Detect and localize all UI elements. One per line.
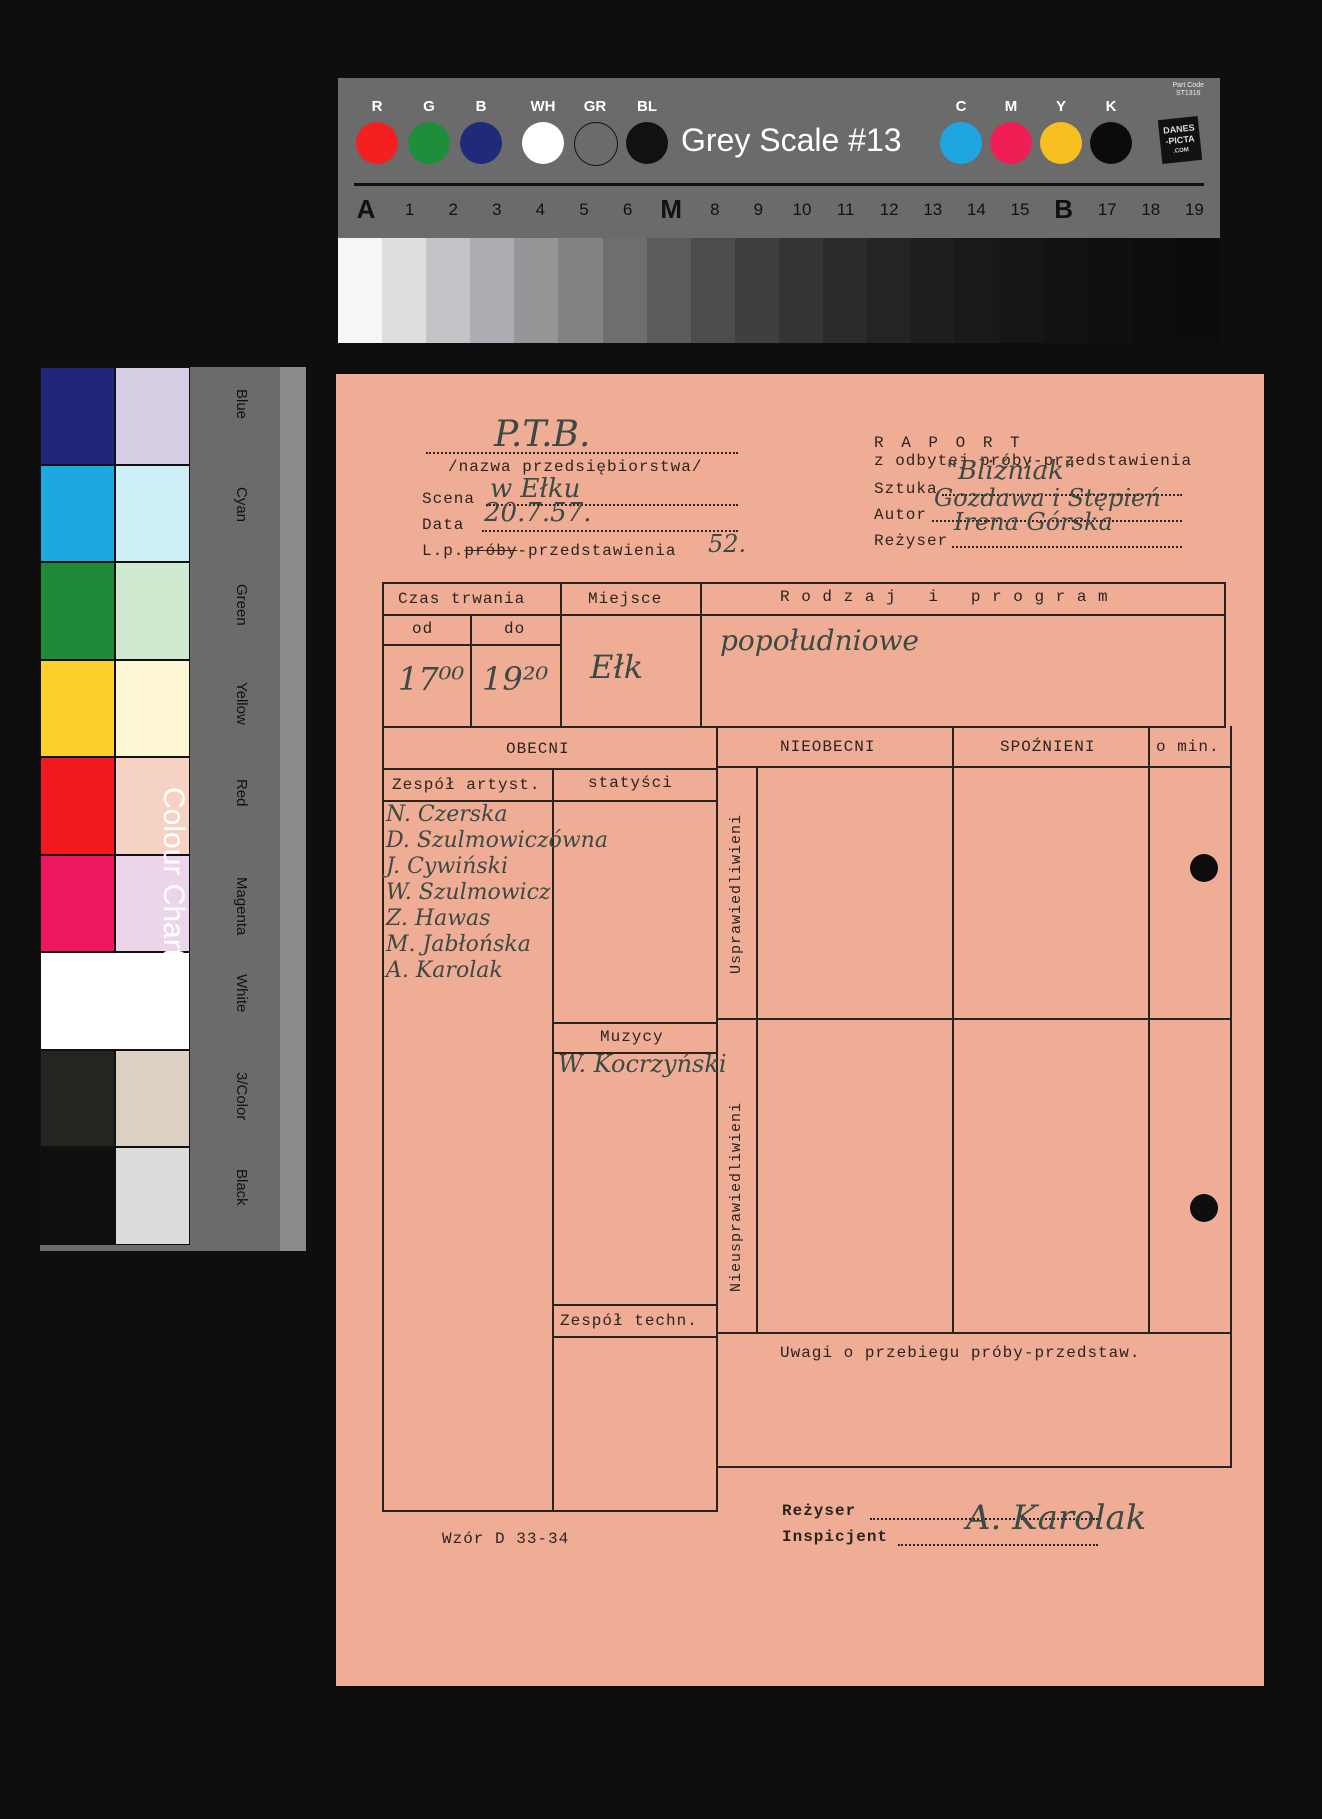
- rezyser-value: Irena Górska: [954, 508, 1113, 536]
- colour-name: Red: [233, 779, 250, 807]
- step-label: 15: [1000, 200, 1040, 220]
- rezyser-label: Reżyser: [874, 532, 948, 550]
- colour-chart-title: Colour Chart #13: [156, 787, 190, 1015]
- t1-v3: [560, 582, 562, 728]
- data-dots: [482, 530, 738, 532]
- colour-dot-label: B: [460, 98, 502, 115]
- colour-name: Yellow: [233, 682, 250, 725]
- techn-top: [552, 1304, 718, 1306]
- grey-step: [999, 238, 1043, 343]
- step-label: 8: [695, 200, 735, 220]
- step-label: 13: [913, 200, 953, 220]
- colour-dot-label: K: [1090, 98, 1132, 115]
- lp-value: 52.: [708, 530, 746, 558]
- grey-step: [1132, 238, 1176, 343]
- uspr-bottom: [716, 1018, 1232, 1020]
- colour-dot-y: [1040, 122, 1082, 164]
- data-label: Data: [422, 516, 464, 534]
- grey-step: [338, 238, 382, 343]
- swatch-green-dark: [40, 562, 115, 660]
- grey-step: [558, 238, 602, 343]
- report-title: R A P O R T: [874, 434, 1024, 452]
- footer-rezyser-label: Reżyser: [782, 1502, 856, 1520]
- muzycy-top: [552, 1022, 718, 1024]
- swatch-cyan-dark: [40, 465, 115, 563]
- statysci-header: statyści: [588, 774, 673, 792]
- step-label: 3: [477, 200, 517, 220]
- t2-v-min: [1148, 726, 1150, 1334]
- swatch-blue-dark: [40, 367, 115, 465]
- artist-entry: D. Szulmowiczówna: [386, 828, 608, 853]
- colour-dot-label: GR: [574, 98, 616, 115]
- data-value: 20.7.57.: [484, 498, 592, 528]
- colour-dot-label: M: [990, 98, 1032, 115]
- divider: [354, 183, 1204, 186]
- footer-inspicjent-label: Inspicjent: [782, 1528, 888, 1546]
- rezyser-dots: [952, 546, 1182, 548]
- grey-scale-title: Grey Scale #13: [681, 122, 902, 159]
- colour-dot-label: R: [356, 98, 398, 115]
- t1-bottom: [382, 726, 1226, 728]
- t2-head-left: [382, 768, 716, 770]
- colour-name: Magenta: [233, 877, 250, 935]
- swatch-yellow-light: [115, 660, 190, 758]
- inspicjent-signature: A. Karolak: [966, 1498, 1146, 1538]
- colour-dot-k: [1090, 122, 1132, 164]
- step-label: A: [346, 194, 386, 225]
- usprawiedliwieni-label: Usprawiedliwieni: [728, 814, 745, 974]
- grey-step: [470, 238, 514, 343]
- step-label: 12: [869, 200, 909, 220]
- swatch-green-light: [115, 562, 190, 660]
- swatch-magenta-dark: [40, 855, 115, 953]
- swatch-red-dark: [40, 757, 115, 855]
- artist-entry: W. Szulmowicz: [386, 880, 551, 905]
- grey-step: [1176, 238, 1220, 343]
- artist-entry: N. Czerska: [386, 802, 508, 827]
- step-label: 14: [956, 200, 996, 220]
- t1-header-bottom: [382, 614, 1226, 616]
- obecni-header: OBECNI: [506, 740, 570, 758]
- t1-v5: [1224, 582, 1226, 728]
- miejsce-value: Ełk: [590, 648, 643, 686]
- artist-entry: J. Cywiński: [386, 854, 508, 879]
- company-dots: [426, 452, 738, 454]
- colour-dot-r: [356, 122, 398, 164]
- t2-head-right: [716, 766, 1232, 768]
- grey-scale-card: RGBWHGRBLCMYK Grey Scale #13 Part Code S…: [338, 78, 1220, 343]
- grey-step: [514, 238, 558, 343]
- step-label: 1: [390, 200, 430, 220]
- grey-step: [382, 238, 426, 343]
- t2-v-spoz: [952, 726, 954, 1334]
- t2-bottom: [382, 1510, 718, 1512]
- punch-hole: [1190, 854, 1218, 882]
- colour-name: Black: [233, 1169, 250, 1206]
- step-label: M: [651, 194, 691, 225]
- swatch-cyan-light: [115, 465, 190, 563]
- step-label: 9: [738, 200, 778, 220]
- colour-name: Green: [233, 584, 250, 626]
- swatch-black-light: [115, 1147, 190, 1245]
- do-value: 19²⁰: [482, 660, 548, 698]
- nieobecni-header: NIEOBECNI: [780, 738, 875, 756]
- colour-dot-label: C: [940, 98, 982, 115]
- artist-entry: Z. Hawas: [386, 906, 490, 931]
- colour-name: White: [233, 974, 250, 1012]
- step-label: B: [1044, 194, 1084, 225]
- uwagi-label: Uwagi o przebiegu próby-przedstaw.: [780, 1344, 1140, 1362]
- t2-right: [1230, 726, 1232, 1468]
- step-label: 10: [782, 200, 822, 220]
- colour-dot-b: [460, 122, 502, 164]
- t1-v4: [700, 582, 702, 728]
- colour-chart-card: Colour Chart #13 BlueCyanGreenYellowRedM…: [40, 367, 306, 1251]
- swatch-black-dark: [40, 1147, 115, 1245]
- step-label: 6: [608, 200, 648, 220]
- t1-v2: [470, 614, 472, 726]
- colour-dot-label: BL: [626, 98, 668, 115]
- ruler: [280, 367, 306, 1251]
- step-label: 11: [826, 200, 866, 220]
- t1-top: [382, 582, 1226, 584]
- lp-label: L.p.próby-przedstawienia: [422, 542, 676, 560]
- musician-entry: W. Kocrzyński: [558, 1050, 727, 1078]
- grey-steps: [338, 238, 1220, 343]
- od-value: 17⁰⁰: [398, 660, 464, 698]
- colour-dot-c: [940, 122, 982, 164]
- scena-label: Scena: [422, 490, 475, 508]
- zespol-techn-header: Zespół techn.: [560, 1312, 698, 1330]
- sztuka-label: Sztuka: [874, 480, 938, 498]
- do-header: do: [504, 620, 525, 638]
- footer-inspicjent-dots: [898, 1544, 1098, 1546]
- czas-trwania-header: Czas trwania: [398, 590, 525, 608]
- colour-dot-gr: [574, 122, 618, 166]
- miejsce-header: Miejsce: [588, 590, 662, 608]
- grey-step: [1088, 238, 1132, 343]
- od-header: od: [412, 620, 433, 638]
- step-label: 19: [1174, 200, 1214, 220]
- grey-step: [735, 238, 779, 343]
- step-label: 2: [433, 200, 473, 220]
- swatch-3-color-light: [115, 1050, 190, 1148]
- colour-dot-label: WH: [522, 98, 564, 115]
- muzycy-header: Muzycy: [600, 1028, 664, 1046]
- artist-entry: A. Karolak: [386, 958, 503, 983]
- nieusprawiedliwieni-label: Nieusprawiedliwieni: [728, 1102, 745, 1292]
- report-form: P.T.B. /nazwa przedsiębiorstwa/ Scena w …: [336, 374, 1264, 1686]
- rodzaj-header: R o d z a j i p r o g r a m: [780, 588, 1109, 606]
- grey-step: [1044, 238, 1088, 343]
- uwagi-bottom: [716, 1466, 1232, 1468]
- colour-dot-label: Y: [1040, 98, 1082, 115]
- t2-v-obecni: [716, 726, 718, 1512]
- colour-name: Blue: [233, 389, 250, 419]
- colour-dot-g: [408, 122, 450, 164]
- grey-step: [691, 238, 735, 343]
- step-label: 4: [520, 200, 560, 220]
- spoznieni-header: SPOŹNIENI: [1000, 738, 1095, 756]
- grey-step: [911, 238, 955, 343]
- o-min-header: o min.: [1156, 738, 1220, 756]
- step-label: 17: [1087, 200, 1127, 220]
- grey-step: [867, 238, 911, 343]
- swatch-yellow-dark: [40, 660, 115, 758]
- uwagi-top: [716, 1332, 1232, 1334]
- t2-v-statysci: [552, 768, 554, 1512]
- colour-name: Cyan: [233, 487, 250, 522]
- techn-bottom: [552, 1336, 718, 1338]
- colour-name: 3/Color: [233, 1072, 250, 1120]
- t2-v-uspr: [756, 768, 758, 1334]
- grey-step: [779, 238, 823, 343]
- autor-label: Autor: [874, 506, 927, 524]
- t1-v1: [382, 582, 384, 728]
- grey-step: [647, 238, 691, 343]
- colour-dot-m: [990, 122, 1032, 164]
- grey-step: [426, 238, 470, 343]
- t2-left: [382, 726, 384, 1512]
- grey-step: [603, 238, 647, 343]
- swatch-3-color-dark: [40, 1050, 115, 1148]
- grey-step: [823, 238, 867, 343]
- zespol-artyst-header: Zespół artyst.: [392, 776, 540, 794]
- colour-dot-wh: [522, 122, 564, 164]
- wzor-label: Wzór D 33-34: [442, 1530, 569, 1548]
- swatch-blue-light: [115, 367, 190, 465]
- part-code: Part Code ST1316: [1172, 82, 1204, 98]
- grey-step: [955, 238, 999, 343]
- colour-dot-label: G: [408, 98, 450, 115]
- step-label: 5: [564, 200, 604, 220]
- artist-entry: M. Jabłońska: [386, 932, 531, 957]
- punch-hole: [1190, 1194, 1218, 1222]
- colour-dot-bl: [626, 122, 668, 164]
- step-label: 18: [1131, 200, 1171, 220]
- rodzaj-value: popołudniowe: [720, 624, 919, 657]
- company-value: P.T.B.: [494, 414, 590, 455]
- danes-picta-logo: DANES -PICTA .COM: [1158, 116, 1202, 164]
- sztuka-value: "Bliźniak": [946, 456, 1076, 486]
